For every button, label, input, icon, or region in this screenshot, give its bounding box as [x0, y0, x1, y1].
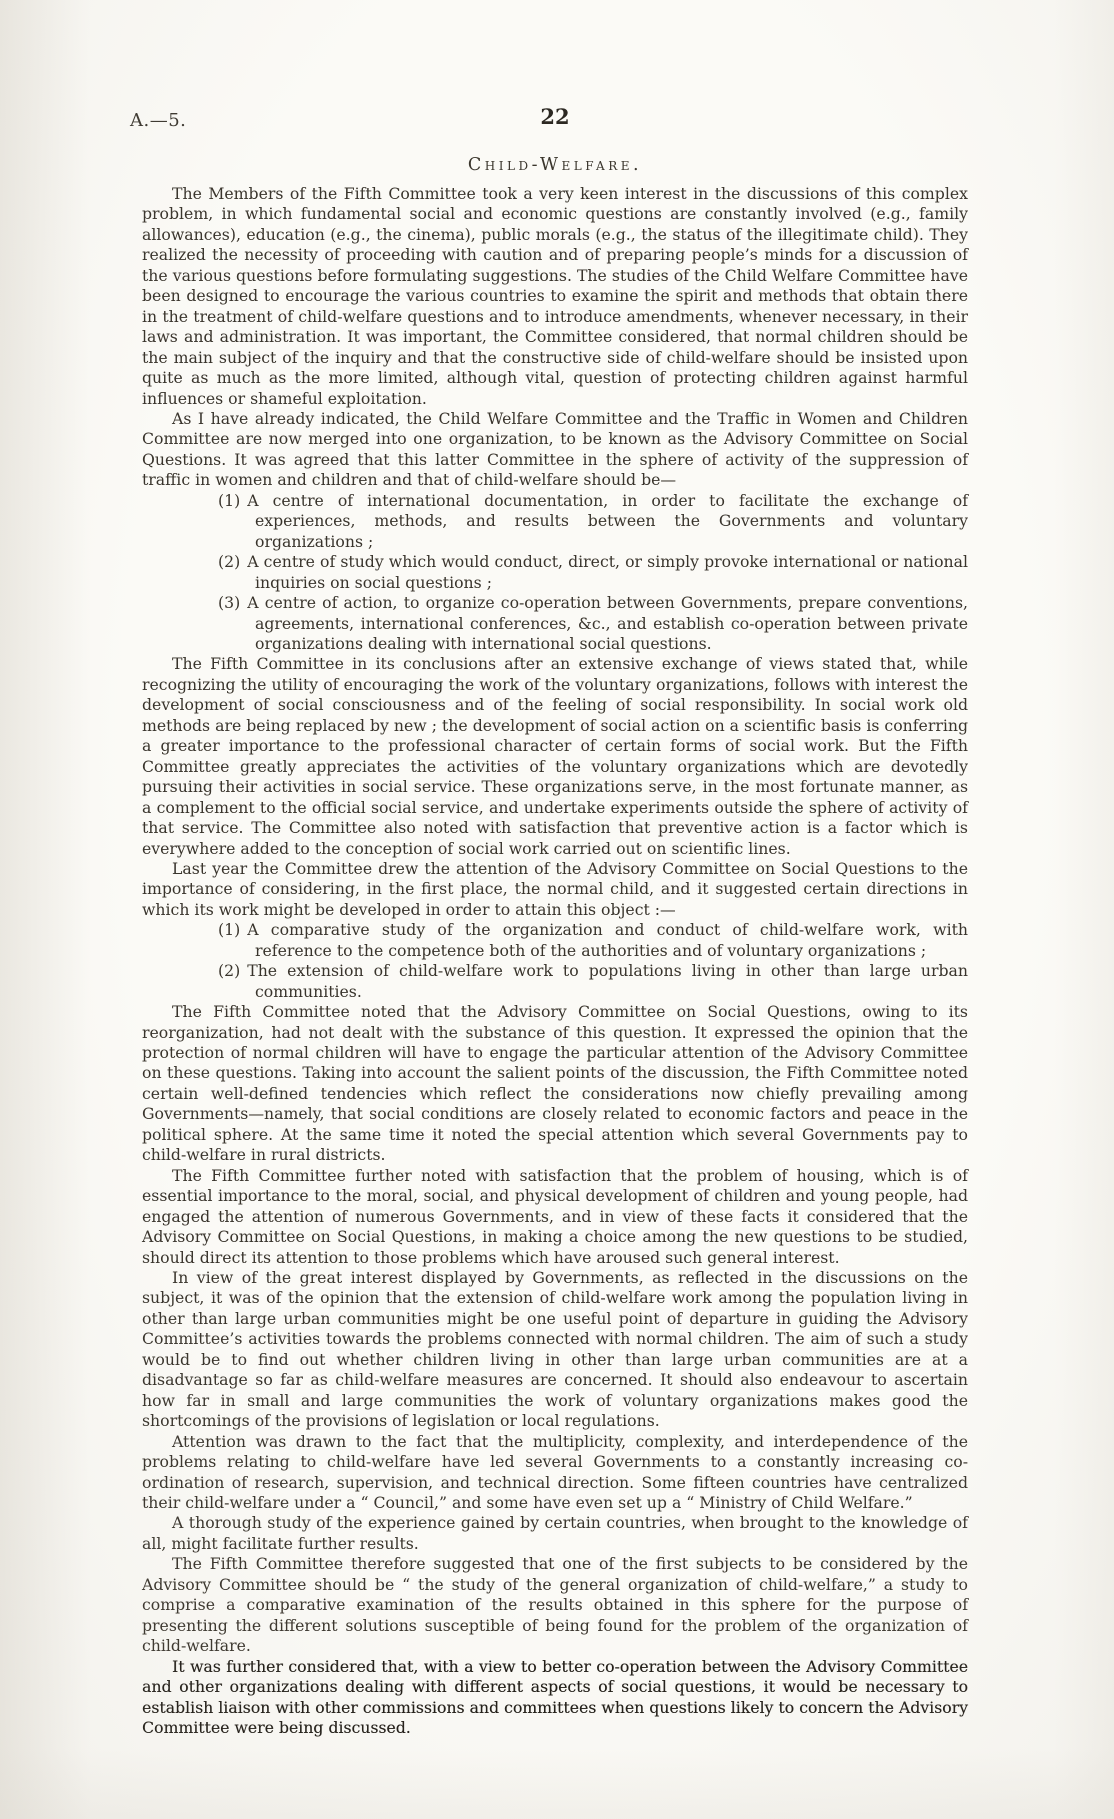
paragraph: The Fifth Committee in its conclusions a…	[142, 654, 968, 859]
paragraph: The Fifth Committee noted that the Advis…	[142, 1002, 968, 1166]
list-item-number: (1)	[218, 920, 240, 939]
list-item-text: A centre of international documentation,…	[247, 491, 968, 551]
list-item-text: A comparative study of the organization …	[247, 920, 968, 959]
list-item-number: (2)	[218, 552, 240, 571]
document-body: The Members of the Fifth Committee took …	[142, 184, 968, 1738]
paragraph: Attention was drawn to the fact that the…	[142, 1432, 968, 1514]
paragraph: The Fifth Committee further noted with s…	[142, 1166, 968, 1268]
list-item-text: A centre of study which would conduct, d…	[247, 552, 968, 591]
list-item: (1)A centre of international documentati…	[142, 491, 968, 552]
paragraph: The Fifth Committee therefore suggested …	[142, 1554, 968, 1656]
page-number: 22	[142, 104, 968, 129]
list-item: (2)A centre of study which would conduct…	[142, 552, 968, 593]
paragraph: It was further considered that, with a v…	[142, 1657, 968, 1739]
list-item-number: (3)	[218, 593, 240, 612]
paragraph: As I have already indicated, the Child W…	[142, 409, 968, 491]
list-item-number: (1)	[218, 491, 240, 510]
paragraph: The Members of the Fifth Committee took …	[142, 184, 968, 409]
list-item-text: The extension of child-welfare work to p…	[247, 961, 968, 1000]
scanned-page: A.—5. 22 Child-Welfare. The Members of t…	[0, 0, 1114, 1819]
paragraph: In view of the great interest displayed …	[142, 1268, 968, 1432]
list-item: (1)A comparative study of the organizati…	[142, 920, 968, 961]
list-item-text: A centre of action, to organize co-opera…	[247, 593, 968, 653]
paragraph: Last year the Committee drew the attenti…	[142, 859, 968, 920]
list-item: (3)A centre of action, to organize co-op…	[142, 593, 968, 654]
section-heading: Child-Welfare.	[142, 155, 968, 175]
list-item-number: (2)	[218, 961, 240, 980]
paragraph: A thorough study of the experience gaine…	[142, 1513, 968, 1554]
list-item: (2)The extension of child-welfare work t…	[142, 961, 968, 1002]
